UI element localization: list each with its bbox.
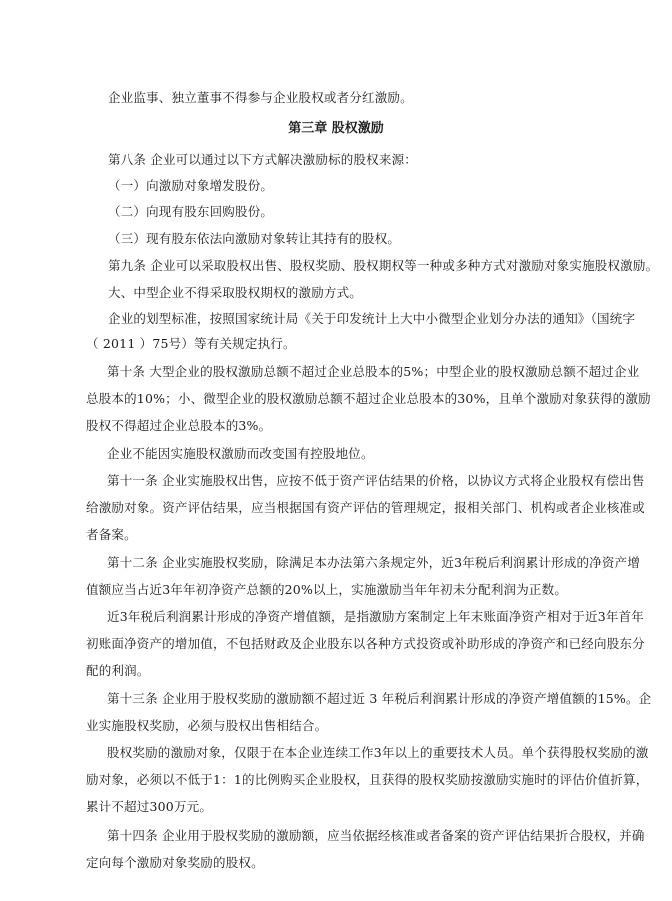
text-line: 大、中型企业不得采取股权期权的激励方式。 — [108, 285, 362, 301]
text-line: 股权不得超过企业总股本的3%。 — [86, 418, 271, 434]
text-line: 企业监事、独立董事不得参与企业股权或者分红激励。 — [108, 90, 413, 106]
text-line: 初账面净资产的增加值，不包括财政及企业股东以各种方式投资或补助形成的净资产和已经… — [86, 636, 645, 652]
text-line: 第九条 企业可以采取股权出售、股权奖励、股权期权等一种或多种方式对激励对象实施股… — [108, 258, 658, 274]
text-line: 值额应当占近3年年初净资产总额的20%以上，实施激励当年年初未分配利润为正数。 — [86, 582, 567, 598]
text-line: 股权奖励的激励对象，仅限于在本企业连续工作3年以上的重要技术人员。单个获得股权奖… — [107, 745, 649, 761]
text-line: （一）向激励对象增发股份。 — [108, 178, 273, 194]
text-line: 配的利润。 — [86, 663, 150, 679]
text-line: 第十二条 企业实施股权奖励，除满足本办法第六条规定外，近3年税后利润累计形成的净… — [107, 555, 640, 571]
text-line: 励对象，必须以不低于1：1的比例购买企业股权，且获得的股权奖励按激励实施时的评估… — [86, 772, 648, 788]
document-page: 第三章 股权激励 企业监事、独立董事不得参与企业股权或者分红激励。第八条 企业可… — [0, 0, 672, 901]
text-line: 企业不能因实施股权激励而改变国有控股地位。 — [107, 446, 374, 462]
text-line: 企业的划型标准，按照国家统计局《关于印发统计上大中小微型企业划分办法的通知》（国… — [108, 311, 635, 327]
text-line: （二）向现有股东回购股份。 — [108, 204, 273, 220]
text-line: （ 2011 ）75号）等有关规定执行。 — [86, 336, 296, 352]
text-line: 第八条 企业可以通过以下方式解决激励标的股权来源： — [108, 152, 417, 168]
chapter-heading: 第三章 股权激励 — [0, 121, 672, 137]
text-line: 业实施股权奖励，必须与股权出售相结合。 — [86, 718, 327, 734]
text-line: 累计不超过300万元。 — [86, 799, 212, 815]
text-line: 总股本的10%；小、微型企业的股权激励总额不超过企业总股本的30%，且单个激励对… — [86, 391, 651, 407]
text-line: 者备案。 — [86, 527, 137, 543]
text-line: 给激励对象。资产评估结果，应当根据国有资产评估的管理规定，报相关部门、机构或者企… — [86, 500, 645, 516]
text-line: 近3年税后利润累计形成的净资产增值额，是指激励方案制定上年末账面净资产相对于近3… — [107, 609, 644, 625]
text-line: 定向每个激励对象奖励的股权。 — [86, 855, 264, 871]
text-line: （三）现有股东依法向激励对象转让其持有的股权。 — [108, 231, 400, 247]
text-line: 第十一条 企业实施股权出售，应按不低于资产评估结果的价格，以协议方式将企业股权有… — [107, 473, 645, 489]
text-line: 第十条 大型企业的股权激励总额不超过企业总股本的5%；中型企业的股权激励总额不超… — [107, 364, 639, 380]
text-line: 第十四条 企业用于股权奖励的激励额，应当依据经核准或者备案的资产评估结果折合股权… — [107, 828, 645, 844]
text-line: 第十三条 企业用于股权奖励的激励额不超过近 3 年税后利润累计形成的净资产增值额… — [107, 691, 651, 707]
